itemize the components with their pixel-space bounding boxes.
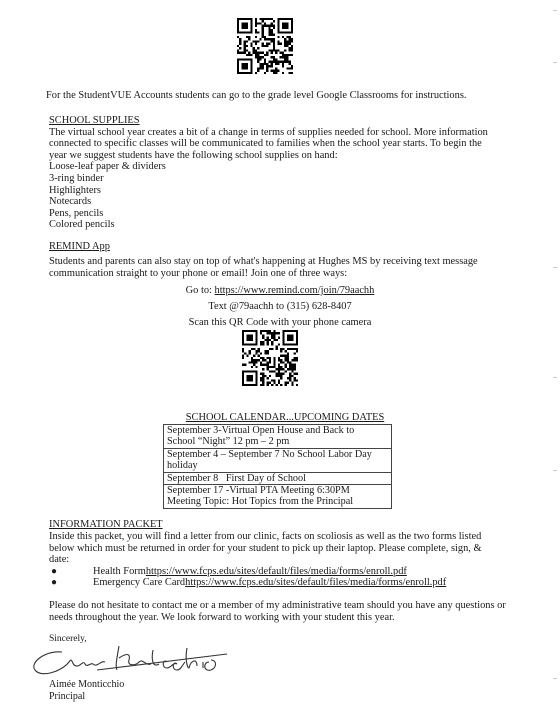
information-packet-section: Inside this packet, you will find a lett… [49,531,482,589]
margin-mark [553,470,557,471]
cell-line: School “Night” 12 pm – 2 pm [167,436,388,447]
info-text-line: date: [49,554,482,566]
table-row: September 8 First Day of School [164,472,392,484]
margin-mark [553,62,557,63]
table-row: September 4 – September 7 No School Labo… [164,448,392,472]
calendar-cell: September 4 – September 7 No School Labo… [164,448,392,472]
cell-line: Meeting Topic: Hot Topics from the Princ… [167,496,388,507]
margin-mark [553,377,557,378]
remind-description: Students and parents can also stay on to… [49,256,478,279]
calendar-title: SCHOOL CALENDAR...UPCOMING DATES [170,412,400,424]
calendar-table: September 3-Virtual Open House and Back … [163,424,392,509]
bullet-icon: ● [49,577,93,589]
closing-line: Please do not hesitate to contact me or … [49,600,506,612]
supply-item: Pens, pencils [49,208,529,220]
supplies-text-line: year we suggest students have the follow… [49,150,529,162]
remind-join-link[interactable]: https://www.remind.com/join/79aachh [215,285,375,296]
margin-mark [553,267,557,268]
qr-code-icon [242,330,298,386]
remind-goto-line: Go to: https://www.remind.com/join/79aac… [0,283,560,299]
supply-item: Notecards [49,196,529,208]
emergency-card-link[interactable]: https://www.fcps.edu/sites/default/files… [185,577,446,589]
signer-name: Aimée Monticchio [49,679,124,691]
signer-block: Aimée Monticchio Principal [49,679,124,702]
supplies-text-line: The virtual school year creates a bit of… [49,127,529,139]
cell-line: September 3-Virtual Open House and Back … [167,425,388,436]
school-supplies-section: SCHOOL SUPPLIES The virtual school year … [49,115,529,231]
signer-title: Principal [49,691,124,703]
remind-text-line: Students and parents can also stay on to… [49,256,478,268]
studentvue-instructions: For the StudentVUE Accounts students can… [46,90,466,102]
qr-code-icon [237,18,293,74]
form-list-item: ● Emergency Care Card https://www.fcps.e… [49,577,482,589]
info-text-line: Inside this packet, you will find a lett… [49,531,482,543]
cell-line: holiday [167,460,388,471]
calendar-cell: September 3-Virtual Open House and Back … [164,425,392,449]
health-form-link[interactable]: https://www.fcps.edu/sites/default/files… [146,566,407,578]
information-packet-heading: INFORMATION PACKET [49,519,163,531]
form-list-item: ● Health Form https://www.fcps.edu/sites… [49,566,482,578]
supplies-text-line: connected to specific classes will be co… [49,138,529,150]
remind-text-line: communication straight to your phone or … [49,268,478,280]
supply-item: Loose-leaf paper & dividers [49,161,529,173]
table-row: September 17 -Virtual PTA Meeting 6:30PM… [164,485,392,509]
remind-join-options: Go to: https://www.remind.com/join/79aac… [0,283,560,331]
bullet-icon: ● [49,566,93,578]
supply-item: Colored pencils [49,219,529,231]
signature-icon [27,640,277,680]
table-row: September 3-Virtual Open House and Back … [164,425,392,449]
margin-mark [553,678,557,679]
supply-item: Highlighters [49,185,529,197]
closing-line: needs throughout the year. We look forwa… [49,612,506,624]
goto-label: Go to: [186,285,215,296]
calendar-cell: September 8 First Day of School [164,472,392,484]
school-supplies-heading: SCHOOL SUPPLIES [49,115,529,127]
form-label: Health Form [93,566,146,578]
info-text-line: below which must be returned in order fo… [49,543,482,555]
cell-line: September 8 First Day of School [167,473,388,484]
cell-line: September 17 -Virtual PTA Meeting 6:30PM [167,485,388,496]
cell-line: September 4 – September 7 No School Labo… [167,449,388,460]
closing-paragraph: Please do not hesitate to contact me or … [49,600,506,623]
remind-text-option: Text @79aachh to (315) 628-8407 [0,299,560,315]
remind-scan-option: Scan this QR Code with your phone camera [0,315,560,331]
remind-heading: REMIND App [49,241,110,253]
supply-item: 3-ring binder [49,173,529,185]
form-label: Emergency Care Card [93,577,185,589]
margin-mark [553,10,557,11]
calendar-cell: September 17 -Virtual PTA Meeting 6:30PM… [164,485,392,509]
